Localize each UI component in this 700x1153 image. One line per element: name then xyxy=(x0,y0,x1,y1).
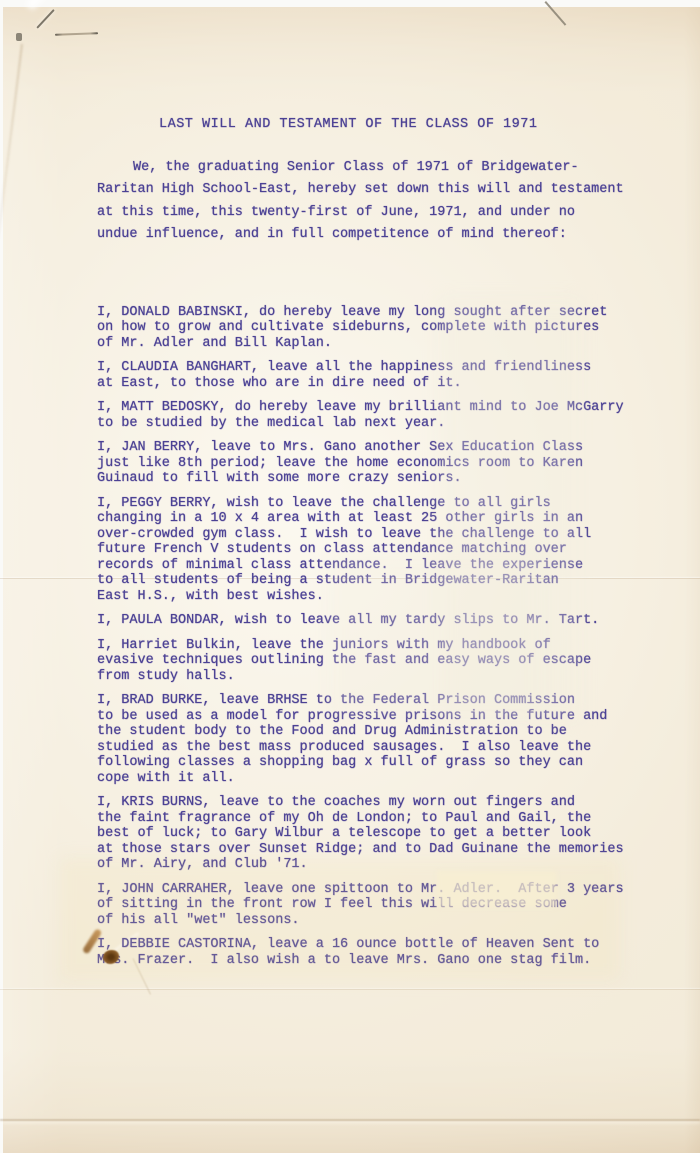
document-line: East H.S., with best wishes. xyxy=(97,589,645,605)
document-line: from study halls. xyxy=(97,669,645,685)
document-line: cope with it all. xyxy=(97,771,645,787)
typed-text-block: LAST WILL AND TESTAMENT OF THE CLASS OF … xyxy=(97,117,645,977)
document-line: of his all "wet" lessons. xyxy=(97,913,645,929)
will-paragraph: I, CLAUDIA BANGHART, leave all the happi… xyxy=(97,360,645,391)
document-line: I, Harriet Bulkin, leave the juniors wit… xyxy=(97,638,645,654)
will-paragraph: I, PAULA BONDAR, wish to leave all my ta… xyxy=(97,613,645,629)
document-line: over-crowded gym class. I wish to leave … xyxy=(97,527,645,543)
document-line: best of luck; to Gary Wilbur a telescope… xyxy=(97,826,645,842)
document-line: at East, to those who are in dire need o… xyxy=(97,376,645,392)
document-line: I, MATT BEDOSKY, do hereby leave my bril… xyxy=(97,400,645,416)
document-line: the faint fragrance of my Oh de London; … xyxy=(97,811,645,827)
document-line: future French V students on class attend… xyxy=(97,542,645,558)
document-line: I, DEBBIE CASTORINA, leave a 16 ounce bo… xyxy=(97,937,645,953)
will-paragraph: I, DONALD BABINSKI, do hereby leave my l… xyxy=(97,305,645,352)
will-paragraph: I, KRIS BURNS, leave to the coaches my w… xyxy=(97,795,645,873)
document-line: records of minimal class attendance. I l… xyxy=(97,558,645,574)
document-line: I, CLAUDIA BANGHART, leave all the happi… xyxy=(97,360,645,376)
document-line: following classes a shopping bag x full … xyxy=(97,755,645,771)
will-paragraph: I, BRAD BURKE, leave BRHSE to the Federa… xyxy=(97,693,645,786)
will-paragraph: I, Harriet Bulkin, leave the juniors wit… xyxy=(97,638,645,685)
document-line: of Mr. Airy, and Club '71. xyxy=(97,857,645,873)
document-line: Mrs. Frazer. I also wish a to leave Mrs.… xyxy=(97,953,645,969)
document-line: I, PEGGY BERRY, wish to leave the challe… xyxy=(97,496,645,512)
document-line: I, BRAD BURKE, leave BRHSE to the Federa… xyxy=(97,693,645,709)
document-line: of sitting in the front row I feel this … xyxy=(97,897,645,913)
document-line: Raritan High School-East, hereby set dow… xyxy=(97,179,645,202)
document-line: to all students of being a student in Br… xyxy=(97,573,645,589)
will-paragraph: I, JOHN CARRAHER, leave one spittoon to … xyxy=(97,882,645,929)
document-line: to be studied by the medical lab next ye… xyxy=(97,416,645,432)
document-line: I, JOHN CARRAHER, leave one spittoon to … xyxy=(97,882,645,898)
document-line: changing in a 10 x 4 area with at least … xyxy=(97,511,645,527)
document-title: LAST WILL AND TESTAMENT OF THE CLASS OF … xyxy=(97,117,645,133)
will-paragraph: I, PEGGY BERRY, wish to leave the challe… xyxy=(97,496,645,605)
document-line: studied as the best mass produced sausag… xyxy=(97,740,645,756)
document-line: I, DONALD BABINSKI, do hereby leave my l… xyxy=(97,305,645,321)
will-paragraphs: I, DONALD BABINSKI, do hereby leave my l… xyxy=(97,305,645,969)
document-line: to be used as a model for progressive pr… xyxy=(97,709,645,725)
will-paragraph: I, MATT BEDOSKY, do hereby leave my bril… xyxy=(97,400,645,431)
document-line: Guinaud to fill with some more crazy sen… xyxy=(97,471,645,487)
intro-paragraph: We, the graduating Senior Class of 1971 … xyxy=(97,157,645,247)
document-line: just like 8th period; leave the home eco… xyxy=(97,456,645,472)
document-line: I, PAULA BONDAR, wish to leave all my ta… xyxy=(97,613,645,629)
document-line: We, the graduating Senior Class of 1971 … xyxy=(97,157,645,180)
will-paragraph: I, JAN BERRY, leave to Mrs. Gano another… xyxy=(97,440,645,487)
document-line: the student body to the Food and Drug Ad… xyxy=(97,724,645,740)
document-line: I, JAN BERRY, leave to Mrs. Gano another… xyxy=(97,440,645,456)
document-line: at those stars over Sunset Ridge; and to… xyxy=(97,842,645,858)
document-line: undue influence, and in full competitenc… xyxy=(97,224,645,247)
document-line: on how to grow and cultivate sideburns, … xyxy=(97,320,645,336)
will-paragraph: I, DEBBIE CASTORINA, leave a 16 ounce bo… xyxy=(97,937,645,968)
document-line: I, KRIS BURNS, leave to the coaches my w… xyxy=(97,795,645,811)
document-line: evasive techniques outlining the fast an… xyxy=(97,653,645,669)
document-line: of Mr. Adler and Bill Kaplan. xyxy=(97,336,645,352)
scanned-document-page: LAST WILL AND TESTAMENT OF THE CLASS OF … xyxy=(0,0,700,1153)
document-line: at this time, this twenty-first of June,… xyxy=(97,202,645,225)
